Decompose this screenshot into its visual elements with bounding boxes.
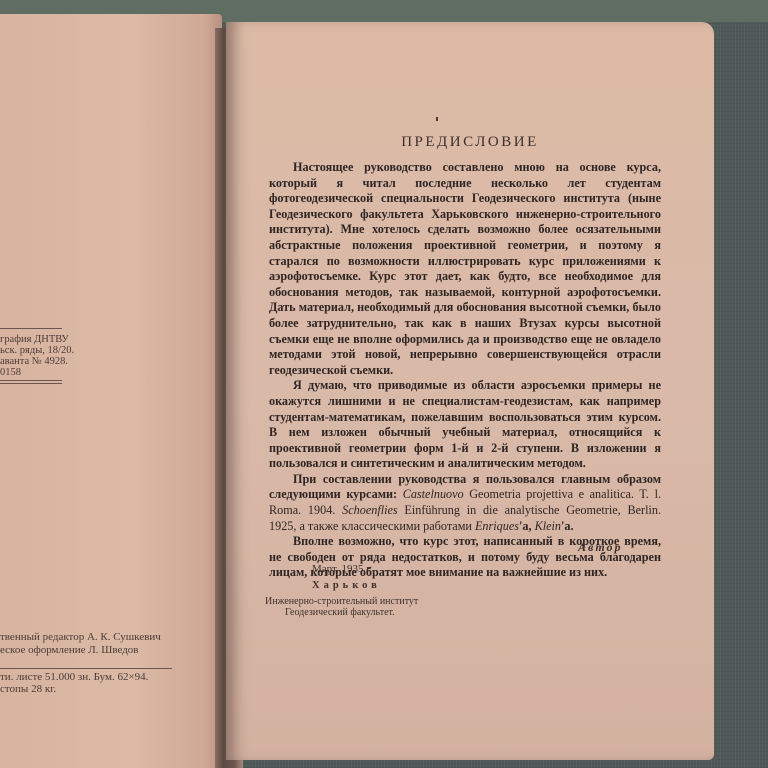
preface-body: Настоящее руководство составлено мною на… [269, 160, 661, 581]
date-line: Март, 1935 г. [312, 563, 372, 575]
city-line: Харьков [312, 580, 381, 591]
imprint-line: графия ДНТВУ [0, 334, 69, 345]
paragraph-1: Настоящее руководство составлено мною на… [269, 160, 661, 378]
author-name: Klein [535, 519, 561, 533]
paragraph-2: Я думаю, что приводимые из области аэрос… [269, 378, 661, 472]
print-info-rule [0, 668, 172, 669]
imprint-line: аванта № 4928. [0, 356, 68, 367]
author-signature: Автор [578, 540, 623, 555]
faculty-line: Геодезический факультет. [285, 607, 395, 618]
left-page: графия ДНТВУ ьск. ряды, 18/20. аванта № … [0, 14, 222, 768]
author-name: Castelnuovo [403, 487, 464, 501]
imprint-bottom-rule-2 [0, 383, 62, 384]
imprint-bottom-rule [0, 380, 62, 381]
imprint-line: ьск. ряды, 18/20. [0, 345, 74, 356]
print-info-line: стопы 28 кг. [0, 684, 56, 695]
page-title: ПРЕДИСЛОВИЕ [226, 134, 714, 151]
page-mark [436, 117, 438, 121]
paragraph-3: При составлении руководства я пользовалс… [269, 472, 661, 534]
institution-line: Инженерно-строительный институт [265, 596, 418, 607]
imprint-line: 0158 [0, 367, 21, 378]
imprint-top-rule [0, 328, 62, 329]
design-credit: еское оформление Л. Шведов [0, 645, 139, 656]
print-info-line: ти. листе 51.000 зн. Бум. 62×94. [0, 672, 148, 683]
author-name: Enriques [475, 519, 519, 533]
editor-credit: твенный редактор А. К. Сушкевич [0, 632, 161, 643]
text-span: 'а. [561, 519, 574, 533]
author-name: Schoenflies [342, 503, 398, 517]
text-span: 'а, [519, 519, 535, 533]
